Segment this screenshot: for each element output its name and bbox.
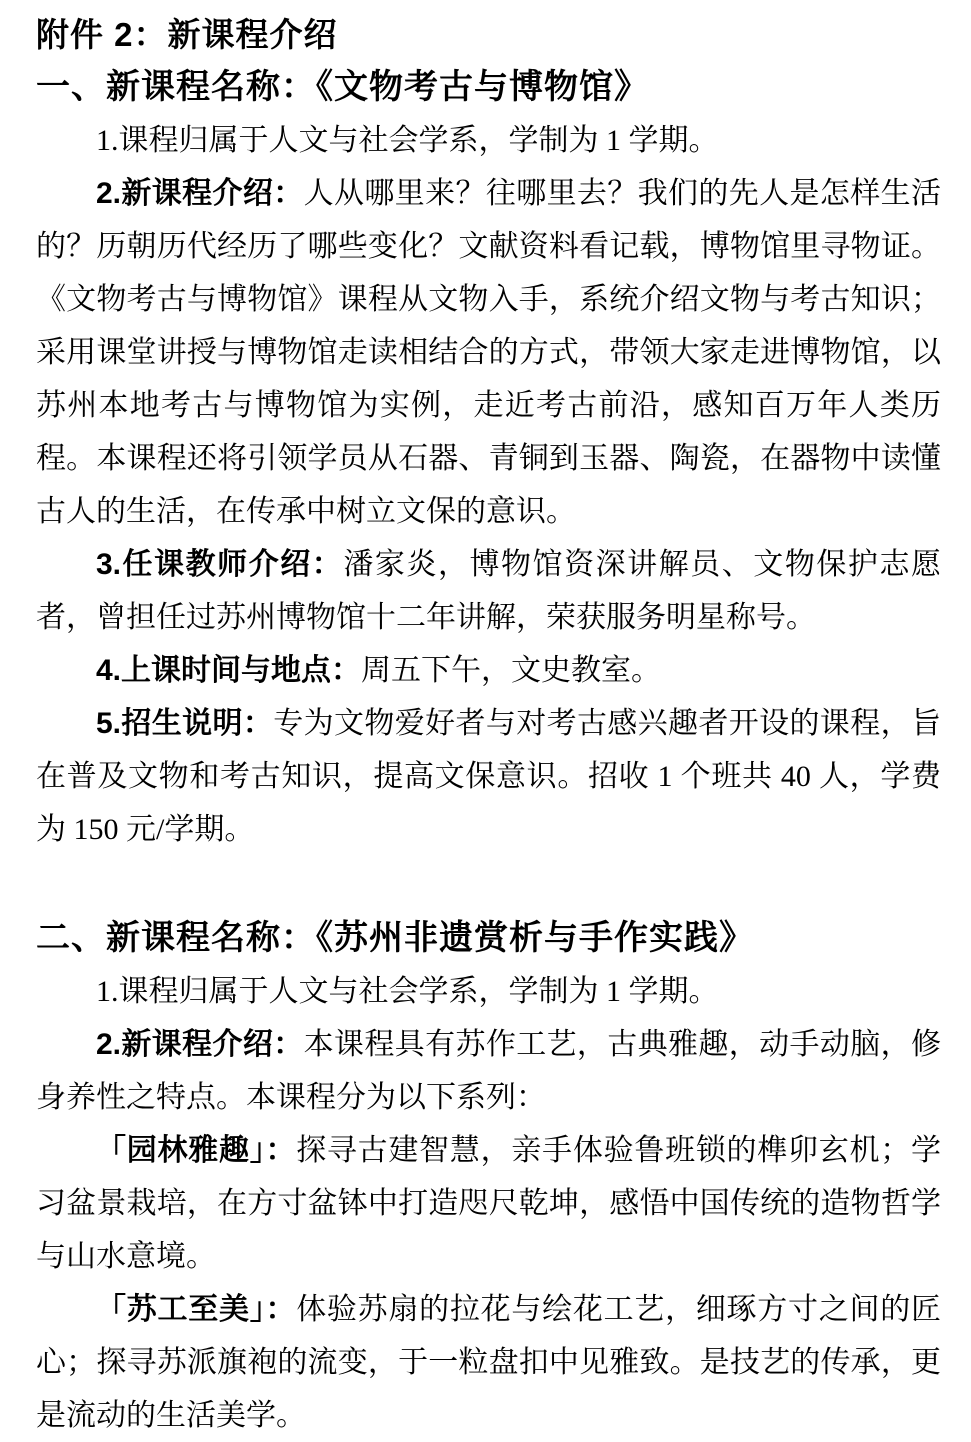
- paragraph-label: 4.上课时间与地点：: [96, 654, 361, 687]
- paragraph-text: 1.课程归属于人文与社会学系，学制为 1 学期。: [96, 124, 719, 157]
- paragraph-label: 2.新课程介绍：: [96, 177, 304, 210]
- paragraph-schedule-location: 4.上课时间与地点：周五下午，文史教室。: [36, 644, 941, 697]
- paragraph-course-intro: 2.新课程介绍：本课程具有苏作工艺，古典雅趣，动手动脑，修身养性之特点。本课程分…: [36, 1018, 941, 1124]
- paragraph-enrollment-info: 5.招生说明：专为文物爱好者与对考古感兴趣者开设的课程，旨在普及文物和考古知识，…: [36, 697, 941, 856]
- section-course-1: 一、新课程名称：《文物考古与博物馆》 1.课程归属于人文与社会学系，学制为 1 …: [36, 61, 941, 856]
- paragraph-label: 3.任课教师介绍：: [96, 548, 343, 581]
- document-page: 附件 2：新课程介绍 一、新课程名称：《文物考古与博物馆》 1.课程归属于人文与…: [0, 0, 971, 1442]
- paragraph-label: 「苏工至美」：: [96, 1293, 296, 1326]
- doc-title: 附件 2：新课程介绍: [36, 8, 941, 61]
- section-2-heading: 二、新课程名称：《苏州非遗赏析与手作实践》: [36, 912, 941, 965]
- paragraph-label: 「园林雅趣」：: [96, 1134, 296, 1167]
- paragraph-text: 1.课程归属于人文与社会学系，学制为 1 学期。: [96, 975, 719, 1008]
- paragraph-series-garden: 「园林雅趣」：探寻古建智慧，亲手体验鲁班锁的榫卯玄机；学习盆景栽培，在方寸盆钵中…: [36, 1124, 941, 1283]
- paragraph-course-affiliation: 1.课程归属于人文与社会学系，学制为 1 学期。: [36, 114, 941, 167]
- paragraph-teacher-intro: 3.任课教师介绍：潘家炎，博物馆资深讲解员、文物保护志愿者，曾担任过苏州博物馆十…: [36, 538, 941, 644]
- section-1-heading: 一、新课程名称：《文物考古与博物馆》: [36, 61, 941, 114]
- paragraph-course-intro: 2.新课程介绍：人从哪里来？往哪里去？我们的先人是怎样生活的？历朝历代经历了哪些…: [36, 167, 941, 538]
- paragraph-series-craft: 「苏工至美」：体验苏扇的拉花与绘花工艺，细琢方寸之间的匠心；探寻苏派旗袍的流变，…: [36, 1283, 941, 1442]
- paragraph-label: 5.招生说明：: [96, 707, 273, 740]
- section-course-2: 二、新课程名称：《苏州非遗赏析与手作实践》 1.课程归属于人文与社会学系，学制为…: [36, 912, 941, 1442]
- paragraph-text: 周五下午，文史教室。: [361, 654, 661, 687]
- paragraph-label: 2.新课程介绍：: [96, 1028, 304, 1061]
- paragraph-text: 人从哪里来？往哪里去？我们的先人是怎样生活的？历朝历代经历了哪些变化？文献资料看…: [36, 177, 941, 528]
- paragraph-course-affiliation: 1.课程归属于人文与社会学系，学制为 1 学期。: [36, 965, 941, 1018]
